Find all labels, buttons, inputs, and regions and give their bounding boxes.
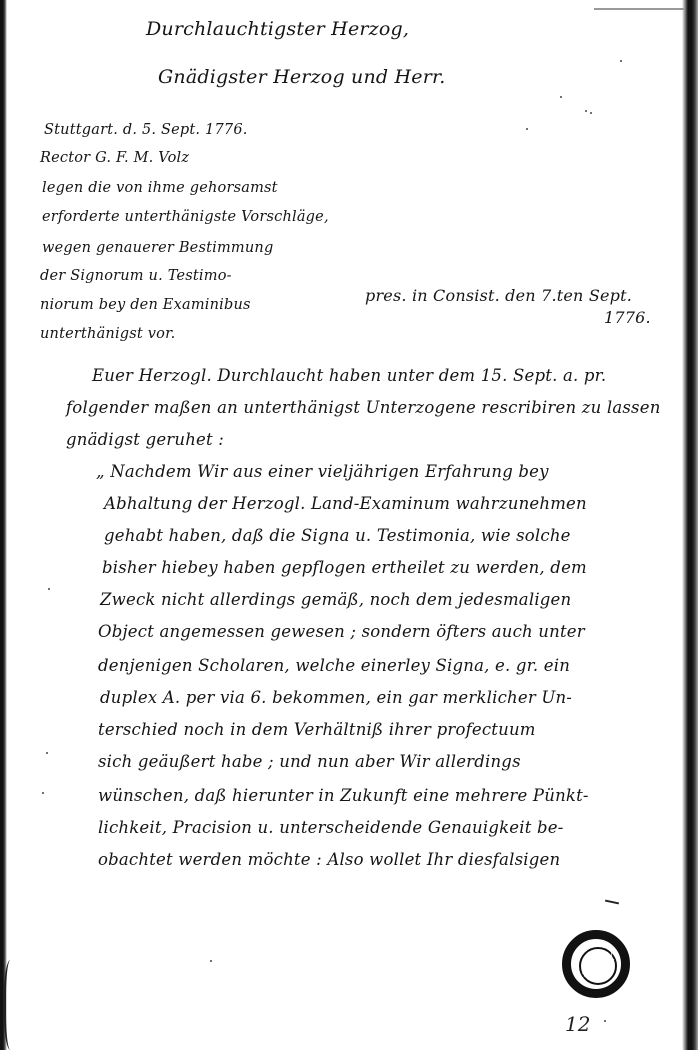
margin-note-line-4: erforderte unterthänigste Vorschläge, xyxy=(42,209,329,225)
scan-right-edge xyxy=(682,0,698,1050)
received-note-line-1: pres. in Consist. den 7.ten Sept. xyxy=(365,286,632,305)
pen-stroke-mark xyxy=(605,900,619,905)
received-note-line-2: 1776. xyxy=(604,308,651,327)
scan-left-edge xyxy=(0,0,7,1050)
body-line-16: obachtet werden möchte : Also wollet Ihr… xyxy=(98,850,560,869)
margin-note-line-1: Stuttgart. d. 5. Sept. 1776. xyxy=(44,122,248,138)
margin-note-line-2: Rector G. F. M. Volz xyxy=(40,150,189,166)
scan-speck xyxy=(210,960,212,962)
body-line-13: sich geäußert habe ; und nun aber Wir al… xyxy=(98,752,521,771)
scan-speck xyxy=(526,128,528,130)
archive-stamp: K.B. ARCHIV STUTTGART xyxy=(562,930,630,998)
body-line-7: bisher hiebey haben gepflogen ertheilet … xyxy=(102,558,587,577)
salutation-line-1: Durchlauchtigster Herzog, xyxy=(146,18,409,40)
body-line-4: „ Nachdem Wir aus einer vieljährigen Erf… xyxy=(96,462,549,481)
scan-speck xyxy=(620,60,622,62)
margin-note-line-7: niorum bey den Examinibus xyxy=(40,297,251,313)
scan-speck xyxy=(590,112,592,114)
scan-speck xyxy=(48,588,50,590)
manuscript-page: Durchlauchtigster Herzog, Gnädigster Her… xyxy=(0,0,698,1050)
margin-note-line-3: legen die von ihme gehorsamst xyxy=(42,180,278,196)
folio-number: 12 xyxy=(565,1012,590,1036)
body-line-8: Zweck nicht allerdings gemäß, noch dem j… xyxy=(100,590,571,609)
body-line-3: gnädigst geruhet : xyxy=(66,430,224,449)
body-line-15: lichkeit, Pracision u. unterscheidende G… xyxy=(98,818,564,837)
scan-speck xyxy=(46,752,48,754)
scan-speck xyxy=(585,110,587,112)
scan-speck xyxy=(42,792,44,794)
margin-note-line-5: wegen genauerer Bestimmung xyxy=(42,240,273,256)
margin-note-line-8: unterthänigst vor. xyxy=(40,326,175,342)
body-line-5: Abhaltung der Herzogl. Land-Examinum wah… xyxy=(104,494,587,513)
body-line-1: Euer Herzogl. Durchlaucht haben unter de… xyxy=(92,366,606,385)
body-line-11: duplex A. per via 6. bekommen, ein gar m… xyxy=(100,688,572,707)
scan-speck xyxy=(560,96,562,98)
body-line-6: gehabt haben, daß die Signa u. Testimoni… xyxy=(104,526,571,545)
body-line-2: folgender maßen an unterthänigst Unterzo… xyxy=(66,398,661,417)
scan-speck xyxy=(604,1020,606,1022)
salutation-line-2: Gnädigster Herzog und Herr. xyxy=(158,66,445,88)
margin-note-line-6: der Signorum u. Testimo- xyxy=(40,268,232,284)
body-line-10: denjenigen Scholaren, welche einerley Si… xyxy=(98,656,570,675)
body-line-9: Object angemessen gewesen ; sondern öfte… xyxy=(98,622,585,641)
scan-left-fold xyxy=(4,960,20,1050)
body-line-14: wünschen, daß hierunter in Zukunft eine … xyxy=(98,786,589,805)
body-line-12: terschied noch in dem Verhältniß ihrer p… xyxy=(98,720,536,739)
scan-top-edge xyxy=(594,8,684,10)
